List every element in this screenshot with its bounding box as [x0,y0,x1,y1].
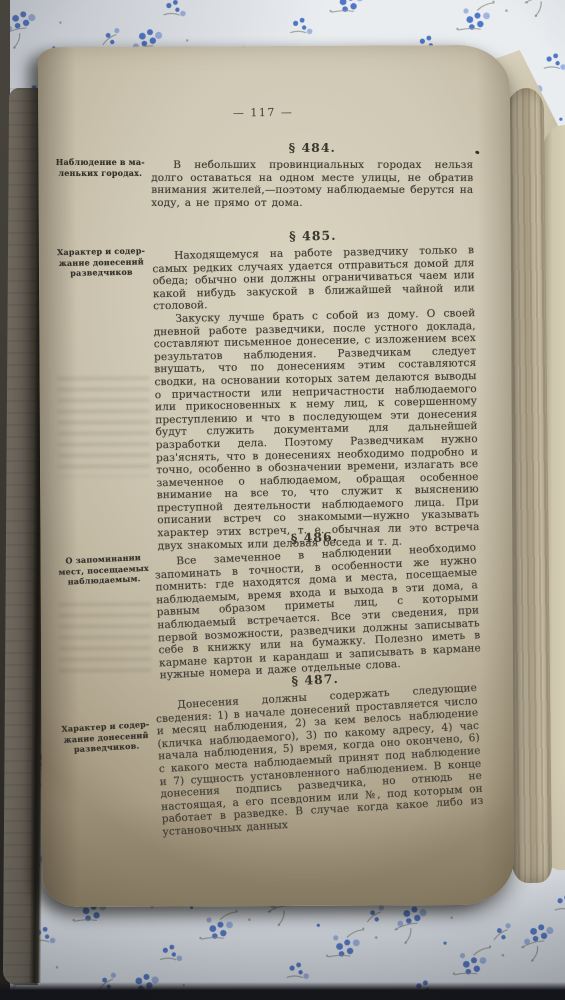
section-484: Наблюдение в ма- леньких городах. § 484.… [52,140,488,209]
page-number: — 117 — [38,104,488,122]
section-body: Донесения должны содержать следующие све… [155,682,484,839]
book-page: — 117 — Наблюдение в ма- леньких городах… [38,45,514,907]
photo-bottom-dark-band [0,982,565,1000]
section-body: Все замеченное в наблюдении необходимо з… [154,541,482,682]
photo-scene: — 117 — Наблюдение в ма- леньких городах… [0,0,565,1000]
body-paragraph: Все замеченное в наблюдении необходимо з… [154,541,482,682]
section-487: Характер и содер- жание донесений развед… [55,662,499,844]
section-485: Характер и содер- жание донесений развед… [53,225,495,555]
body-paragraph: Закуску лучше брать с собой из дому. О с… [153,307,480,552]
margin-note: Наблюдение в ма- леньких городах. [52,157,148,178]
body-paragraph: В небольших провинциальных городах нельз… [151,159,473,209]
margin-note: О запоминании мест, посещаемых наблюдаем… [55,552,152,588]
body-paragraph: Находящемуся на работе разведчику только… [152,244,475,313]
margin-note: Характер и содер- жание донесений развед… [53,245,150,278]
section-486: О запоминании мест, посещаемых наблюдаем… [54,522,496,687]
section-body: В небольших провинциальных городах нельз… [151,159,473,209]
margin-note: Характер и содер- жание донесений развед… [57,719,155,756]
section-heading: § 484. [151,140,473,155]
section-heading: § 485. [152,225,474,246]
section-body: Находящемуся на работе разведчику только… [152,244,480,552]
body-paragraph: Донесения должны содержать следующие све… [155,682,484,839]
